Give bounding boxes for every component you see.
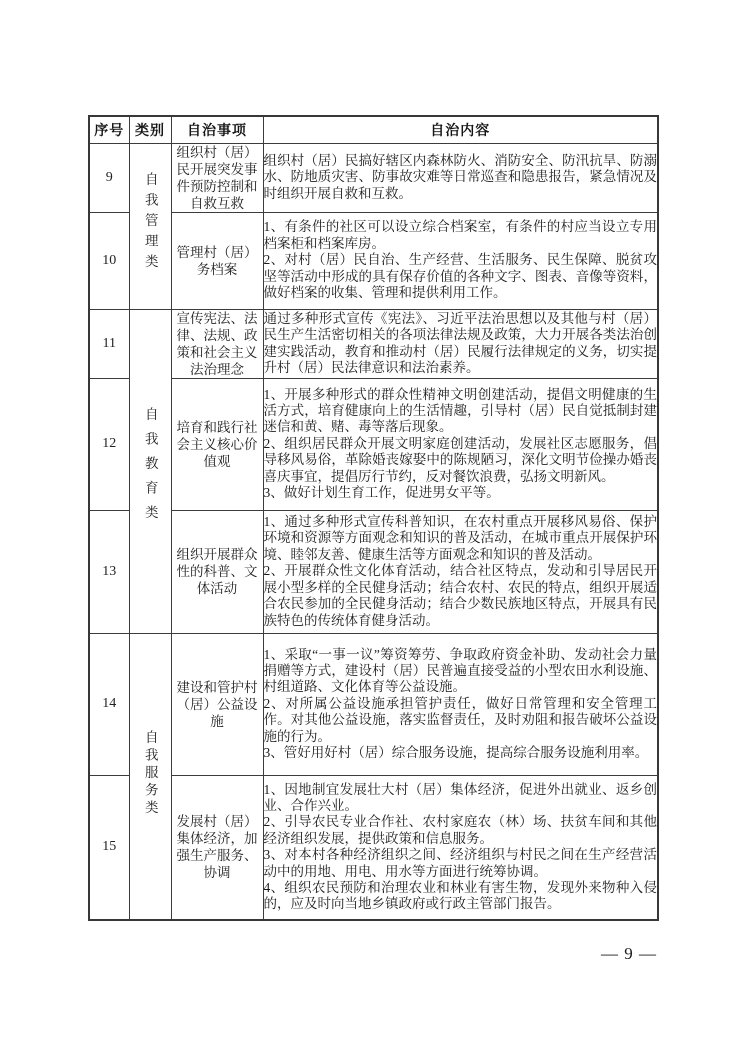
content-text: 1、有条件的社区可以设立综合档案室，有条件的村应当设立专用档案柜和档案库房。 2… — [264, 219, 658, 301]
table-row: 14 自我服务类 建设和管护村（居）公益设施 1、采取“一事一议”筹资筹劳、争取… — [89, 633, 658, 775]
item-cell: 组织开展群众性的科普、文体活动 — [171, 510, 263, 633]
content-cell: 1、采取“一事一议”筹资筹劳、争取政府资金补助、发动社会力量捐赠等方式，建设村（… — [263, 633, 658, 775]
row-number-cell: 11 — [89, 309, 129, 378]
category-cell: 自我教育类 — [129, 309, 171, 633]
col-header-seq: 序号 — [89, 116, 129, 143]
row-number-cell: 13 — [89, 510, 129, 633]
category-label: 自我服务类 — [143, 730, 157, 818]
category-label: 自我管理类 — [143, 172, 157, 275]
item-cell: 组织村（居）民开展突发事件预防控制和自救互救 — [171, 143, 263, 212]
content-cell: 组织村（居）民搞好辖区内森林防火、消防安全、防汛抗旱、防溺水、防地质灾害、防事故… — [263, 143, 658, 212]
autonomy-matters-table: 序号 类别 自治事项 自治内容 9 自我管理类 组织村（居）民开展突发事件预防控… — [88, 115, 659, 921]
table-row: 10 管理村（居）务档案 1、有条件的社区可以设立综合档案室，有条件的村应当设立… — [89, 212, 658, 309]
row-number-cell: 9 — [89, 143, 129, 212]
content-cell: 1、通过多种形式宣传科普知识，在农村重点开展移风易俗、保护环境和资源等方面观念和… — [263, 510, 658, 633]
content-cell: 1、开展多种形式的群众性精神文明创建活动，提倡文明健康的生活方式，培育健康向上的… — [263, 378, 658, 510]
col-header-item: 自治事项 — [171, 116, 263, 143]
table-row: 11 自我教育类 宣传宪法、法律、法规、政策和社会主义法治理念 通过多种形式宣传… — [89, 309, 658, 378]
table-row: 15 发展村（居）集体经济，加强生产服务、协调 1、因地制宜发展壮大村（居）集体… — [89, 775, 658, 920]
col-header-category: 类别 — [129, 116, 171, 143]
content-text: 1、采取“一事一议”筹资筹劳、争取政府资金补助、发动社会力量捐赠等方式，建设村（… — [264, 647, 658, 762]
item-cell: 发展村（居）集体经济，加强生产服务、协调 — [171, 775, 263, 920]
content-text: 组织村（居）民搞好辖区内森林防火、消防安全、防汛抗旱、防溺水、防地质灾害、防事故… — [264, 153, 658, 202]
row-number-cell: 14 — [89, 633, 129, 775]
content-cell: 1、因地制宜发展壮大村（居）集体经济，促进外出就业、返乡创业、合作兴业。 2、引… — [263, 775, 658, 920]
item-cell: 管理村（居）务档案 — [171, 212, 263, 309]
content-cell: 通过多种形式宣传《宪法》、习近平法治思想以及其他与村（居）民生产生活密切相关的各… — [263, 309, 658, 378]
page-number: — 9 — — [601, 944, 657, 964]
category-cell: 自我服务类 — [129, 633, 171, 920]
item-cell: 建设和管护村（居）公益设施 — [171, 633, 263, 775]
row-number-cell: 12 — [89, 378, 129, 510]
content-text: 1、开展多种形式的群众性精神文明创建活动，提倡文明健康的生活方式，培育健康向上的… — [264, 387, 658, 502]
row-number-cell: 10 — [89, 212, 129, 309]
col-header-content: 自治内容 — [263, 116, 658, 143]
content-text: 1、因地制宜发展壮大村（居）集体经济，促进外出就业、返乡创业、合作兴业。 2、引… — [264, 782, 658, 913]
table-row: 9 自我管理类 组织村（居）民开展突发事件预防控制和自救互救 组织村（居）民搞好… — [89, 143, 658, 212]
table-header-row: 序号 类别 自治事项 自治内容 — [89, 116, 658, 143]
document-page: 序号 类别 自治事项 自治内容 9 自我管理类 组织村（居）民开展突发事件预防控… — [0, 0, 750, 1061]
row-number-cell: 15 — [89, 775, 129, 920]
content-text: 通过多种形式宣传《宪法》、习近平法治思想以及其他与村（居）民生产生活密切相关的各… — [264, 311, 658, 377]
item-cell: 宣传宪法、法律、法规、政策和社会主义法治理念 — [171, 309, 263, 378]
category-label: 自我教育类 — [143, 407, 157, 530]
table-row: 12 培育和践行社会主义核心价值观 1、开展多种形式的群众性精神文明创建活动，提… — [89, 378, 658, 510]
table-row: 13 组织开展群众性的科普、文体活动 1、通过多种形式宣传科普知识，在农村重点开… — [89, 510, 658, 633]
content-cell: 1、有条件的社区可以设立综合档案室，有条件的村应当设立专用档案柜和档案库房。 2… — [263, 212, 658, 309]
item-cell: 培育和践行社会主义核心价值观 — [171, 378, 263, 510]
category-cell: 自我管理类 — [129, 143, 171, 309]
content-text: 1、通过多种形式宣传科普知识，在农村重点开展移风易俗、保护环境和资源等方面观念和… — [264, 514, 658, 629]
